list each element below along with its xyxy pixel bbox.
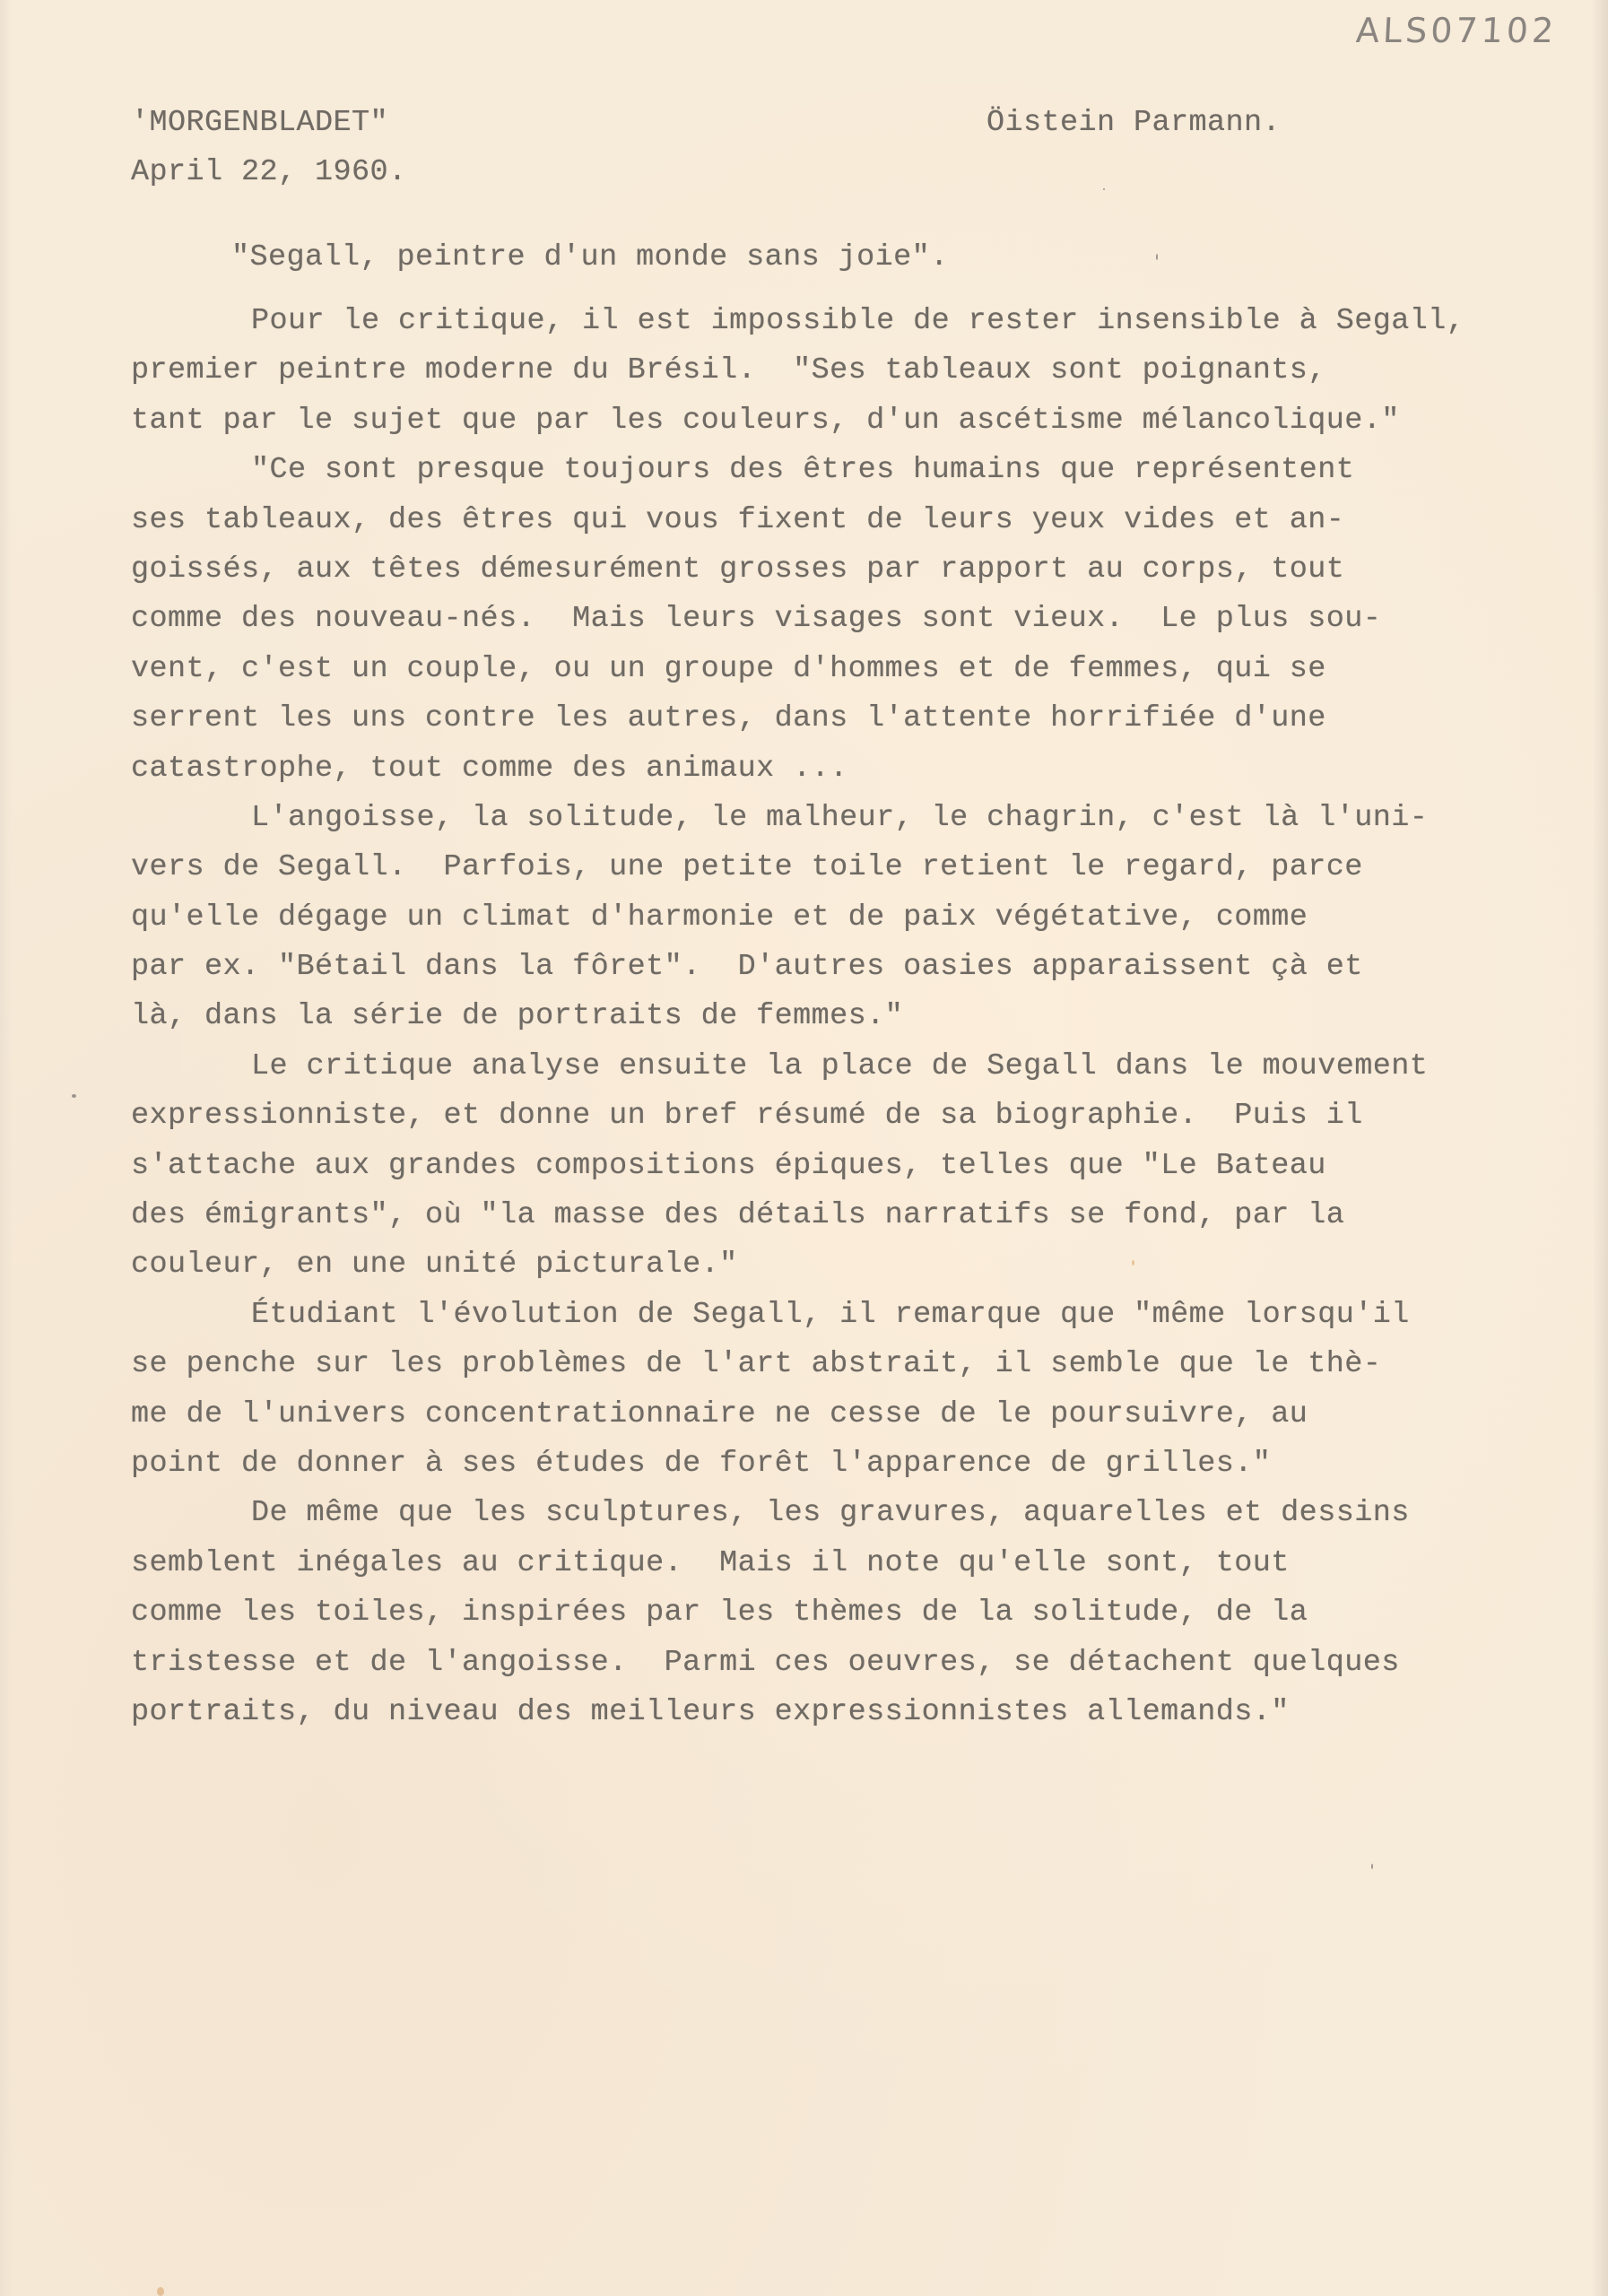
body-line: comme des nouveau-nés. Mais leurs visage… xyxy=(131,595,1584,644)
body-line: tristesse et de l'angoisse. Parmi ces oe… xyxy=(131,1639,1584,1688)
body-line: expressionniste, et donne un bref résumé… xyxy=(131,1091,1584,1141)
body-line: s'attache aux grandes compositions épiqu… xyxy=(131,1142,1584,1191)
body-line: Pour le critique, il est impossible de r… xyxy=(131,297,1584,346)
paper-speck xyxy=(72,1094,76,1098)
author-name: Öistein Parmann. xyxy=(987,99,1281,148)
paper-speck xyxy=(1156,254,1158,260)
body-line: se penche sur les problèmes de l'art abs… xyxy=(131,1340,1584,1389)
body-line: premier peintre moderne du Brésil. "Ses … xyxy=(131,346,1584,396)
archive-id-pencil-note: ALS07102 xyxy=(1355,11,1558,50)
body-line: Étudiant l'évolution de Segall, il remar… xyxy=(131,1291,1584,1340)
body-line: goissés, aux têtes démesurément grosses … xyxy=(131,545,1584,595)
body-line: "Ce sont presque toujours des êtres huma… xyxy=(131,446,1584,495)
body-line: ses tableaux, des êtres qui vous fixent … xyxy=(131,496,1584,545)
paper-speck xyxy=(1371,1864,1373,1869)
body-line: Le critique analyse ensuite la place de … xyxy=(131,1042,1584,1091)
paper-speck xyxy=(1103,188,1105,190)
body-line: point de donner à ses études de forêt l'… xyxy=(131,1439,1584,1489)
body-line: vers de Segall. Parfois, une petite toil… xyxy=(131,843,1584,892)
body-line: comme les toiles, inspirées par les thèm… xyxy=(131,1588,1584,1638)
body-line: là, dans la série de portraits de femmes… xyxy=(131,992,1584,1041)
body-line: couleur, en une unité picturale." xyxy=(131,1240,1584,1290)
body-line: portraits, du niveau des meilleurs expre… xyxy=(131,1688,1584,1737)
body-line: L'angoisse, la solitude, le malheur, le … xyxy=(131,794,1584,843)
body-line: me de l'univers concentrationnaire ne ce… xyxy=(131,1390,1584,1439)
paper-stain xyxy=(157,2287,164,2296)
paper-stain xyxy=(1132,1260,1134,1265)
body-line: semblent inégales au critique. Mais il n… xyxy=(131,1539,1584,1588)
publication-name: 'MORGENBLADET" xyxy=(131,99,388,148)
body-line: De même que les sculptures, les gravures… xyxy=(131,1489,1584,1538)
article-body: Pour le critique, il est impossible de r… xyxy=(131,297,1584,1737)
body-line: tant par le sujet que par les couleurs, … xyxy=(131,396,1584,446)
body-line: catastrophe, tout comme des animaux ... xyxy=(131,744,1584,794)
publication-date: April 22, 1960. xyxy=(131,148,407,197)
body-line: par ex. "Bétail dans la fôret". D'autres… xyxy=(131,943,1584,992)
body-line: vent, c'est un couple, ou un groupe d'ho… xyxy=(131,645,1584,694)
body-line: des émigrants", où "la masse des détails… xyxy=(131,1191,1584,1240)
body-line: serrent les uns contre les autres, dans … xyxy=(131,694,1584,744)
body-line: qu'elle dégage un climat d'harmonie et d… xyxy=(131,893,1584,943)
article-title: "Segall, peintre d'un monde sans joie". xyxy=(231,233,949,283)
scanned-document-page: ALS07102 'MORGENBLADET" April 22, 1960. … xyxy=(0,0,1608,2296)
